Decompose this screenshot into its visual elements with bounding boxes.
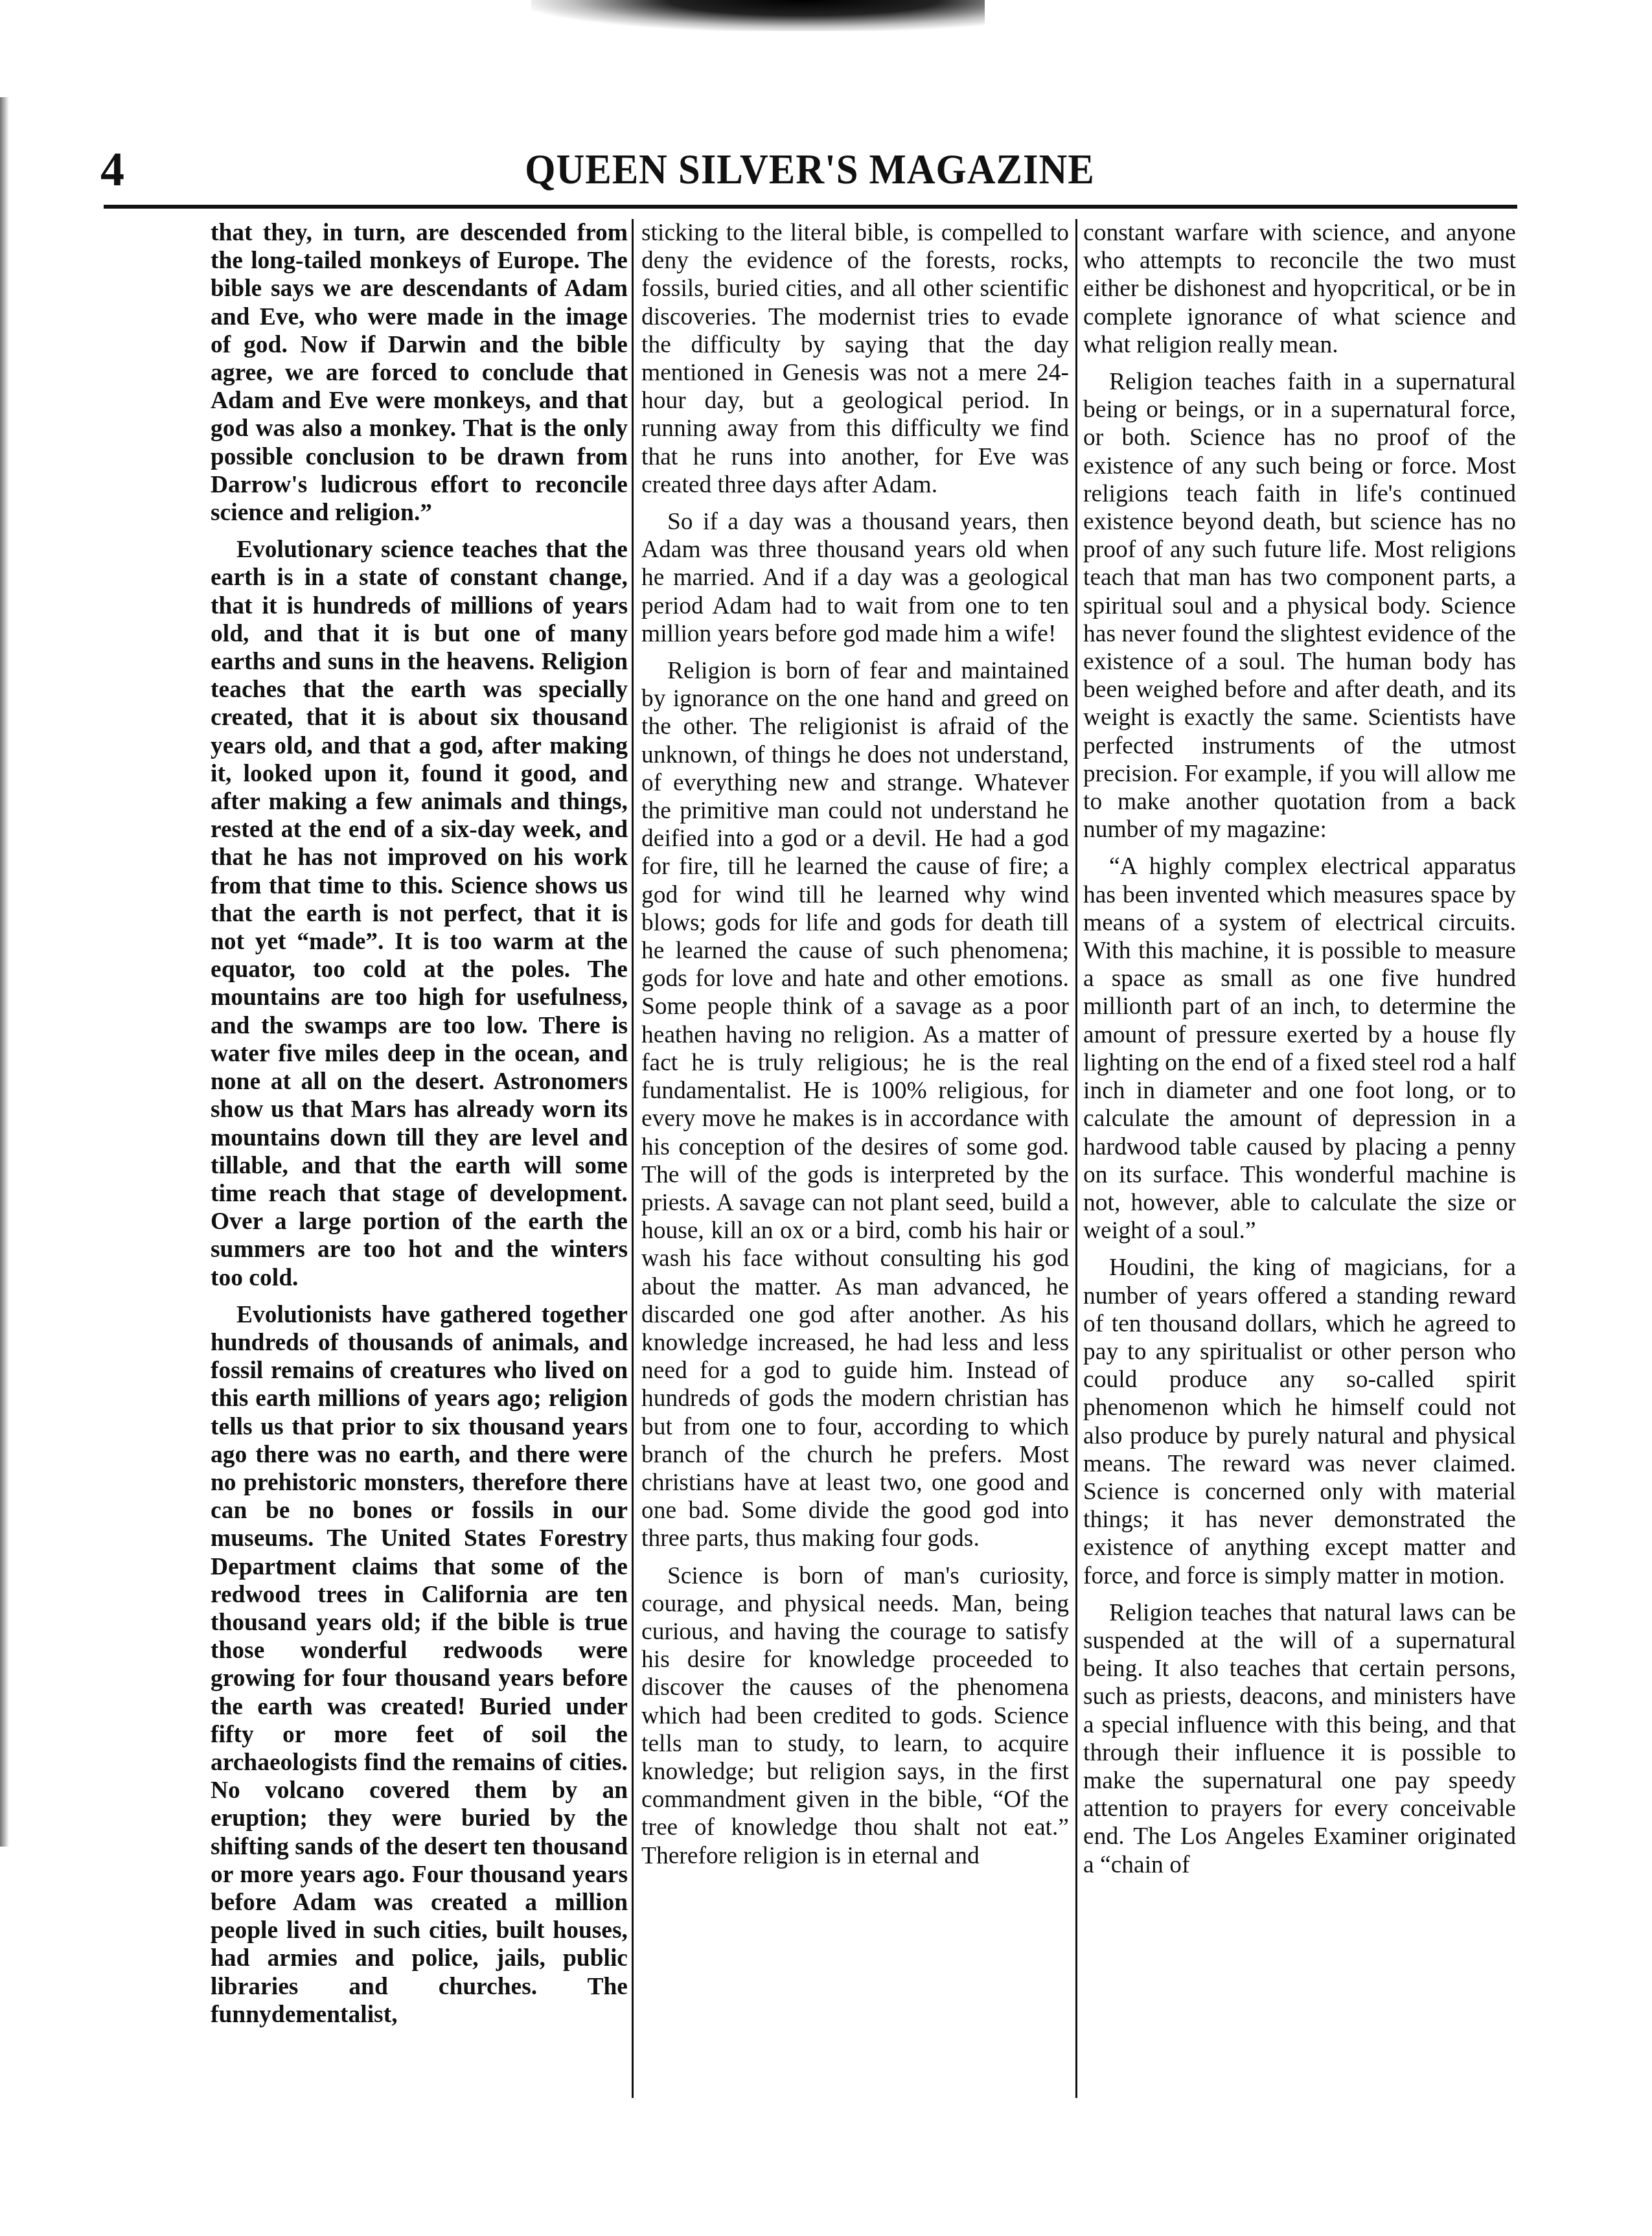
paragraph: sticking to the literal bible, is compel… <box>641 219 1069 499</box>
paragraph: Science is born of man's curiosity, cour… <box>641 1562 1069 1870</box>
paragraph: So if a day was a thousand years, then A… <box>641 508 1069 648</box>
paragraph: Religion is born of fear and maintained … <box>641 657 1069 1553</box>
paragraph: constant warfare with science, and anyon… <box>1083 219 1516 359</box>
article-column-3: constant warfare with science, and anyon… <box>1083 219 1516 1888</box>
page-edge-shadow <box>0 97 9 1847</box>
paragraph: Evolutionists have gathered together hun… <box>211 1301 628 2029</box>
column-divider <box>632 219 634 2098</box>
column-divider <box>1075 219 1077 2098</box>
header-rule <box>104 205 1517 209</box>
paragraph: Houdini, the king of magicians, for a nu… <box>1083 1254 1516 1589</box>
paragraph: Religion teaches faith in a supernatural… <box>1083 368 1516 844</box>
paragraph: “A highly complex electrical apparatus h… <box>1083 853 1516 1245</box>
paragraph: Religion teaches that natural laws can b… <box>1083 1599 1516 1879</box>
magazine-title: QUEEN SILVER'S MAGAZINE <box>160 144 1460 196</box>
page-number: 4 <box>100 144 124 196</box>
paragraph: Evolutionary science teaches that the ea… <box>211 536 628 1291</box>
paragraph: that they, in turn, are descended from t… <box>211 219 628 527</box>
article-column-1: that they, in turn, are descended from t… <box>211 219 628 2038</box>
article-column-2: sticking to the literal bible, is compel… <box>641 219 1069 1879</box>
scan-artifact <box>531 0 985 31</box>
